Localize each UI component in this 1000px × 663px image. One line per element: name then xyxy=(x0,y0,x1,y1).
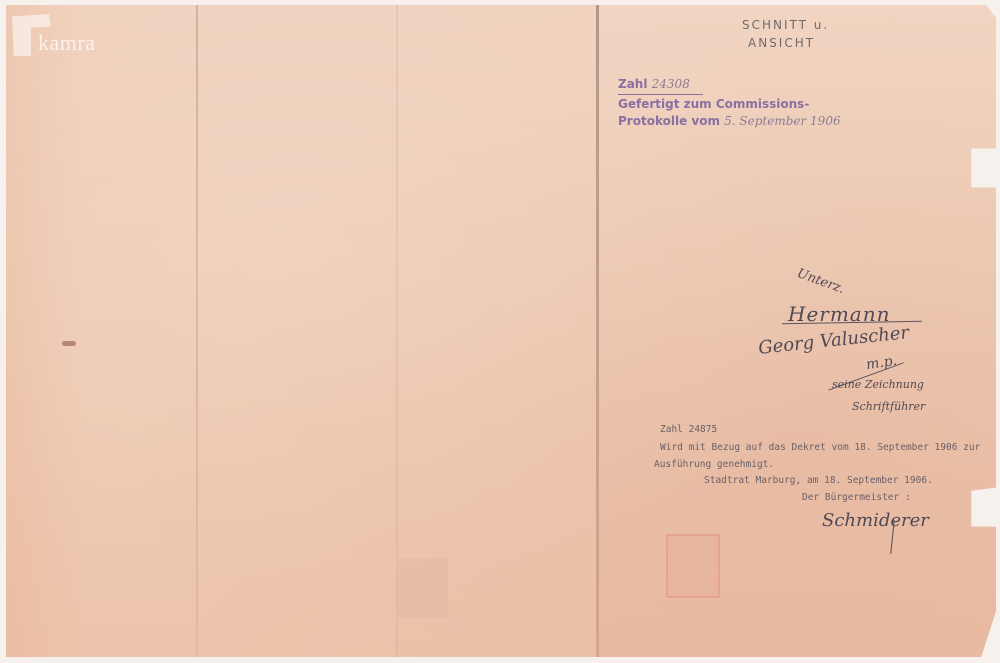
stamp-date-label: Protokolle vom xyxy=(618,114,720,128)
stamp-number-value: 24308 xyxy=(652,77,690,91)
typed-place-date: Stadtrat Marburg, am 18. September 1906. xyxy=(704,475,933,487)
pencil-note-line-1: SCHNITT u. xyxy=(742,16,829,34)
typed-line-1: Wird mit Bezug auf das Dekret vom 18. Se… xyxy=(660,442,980,454)
mayor-signature: Schmiderer xyxy=(822,510,929,531)
ink-stain xyxy=(62,341,76,346)
handwriting-line-5: seine Zeichnung xyxy=(832,378,924,391)
stamp-line-2: Gefertigt zum Commissions- xyxy=(618,96,848,113)
commission-stamp: Zahl 24308 Gefertigt zum Commissions- Pr… xyxy=(618,76,848,130)
typed-reference: Zahl 24875 xyxy=(660,424,717,436)
watermark-text: kamra xyxy=(38,30,95,56)
kamra-watermark: kamra xyxy=(12,14,122,60)
handwriting-line-6: Schriftführer xyxy=(852,400,925,413)
fold-panel-1 xyxy=(6,5,197,657)
stamp-number-row: Zahl 24308 xyxy=(618,76,848,93)
pencil-note-line-2: ANSICHT xyxy=(748,34,829,52)
stamp-number-label: Zahl xyxy=(618,77,647,91)
pencil-note: SCHNITT u. ANSICHT xyxy=(742,16,829,52)
faint-mark xyxy=(398,558,448,618)
fold-panel-2 xyxy=(197,5,397,657)
fold-crease xyxy=(596,5,599,657)
typed-signatory-title: Der Bürgermeister : xyxy=(802,492,911,504)
fold-crease xyxy=(196,5,198,657)
stamp-date-value: 5. September 1906 xyxy=(724,114,840,128)
typed-line-2: Ausführung genehmigt. xyxy=(654,459,774,471)
stamp-divider xyxy=(618,94,703,95)
faint-red-stamp xyxy=(666,534,720,598)
stamp-date-row: Protokolle vom 5. September 1906 xyxy=(618,113,848,130)
